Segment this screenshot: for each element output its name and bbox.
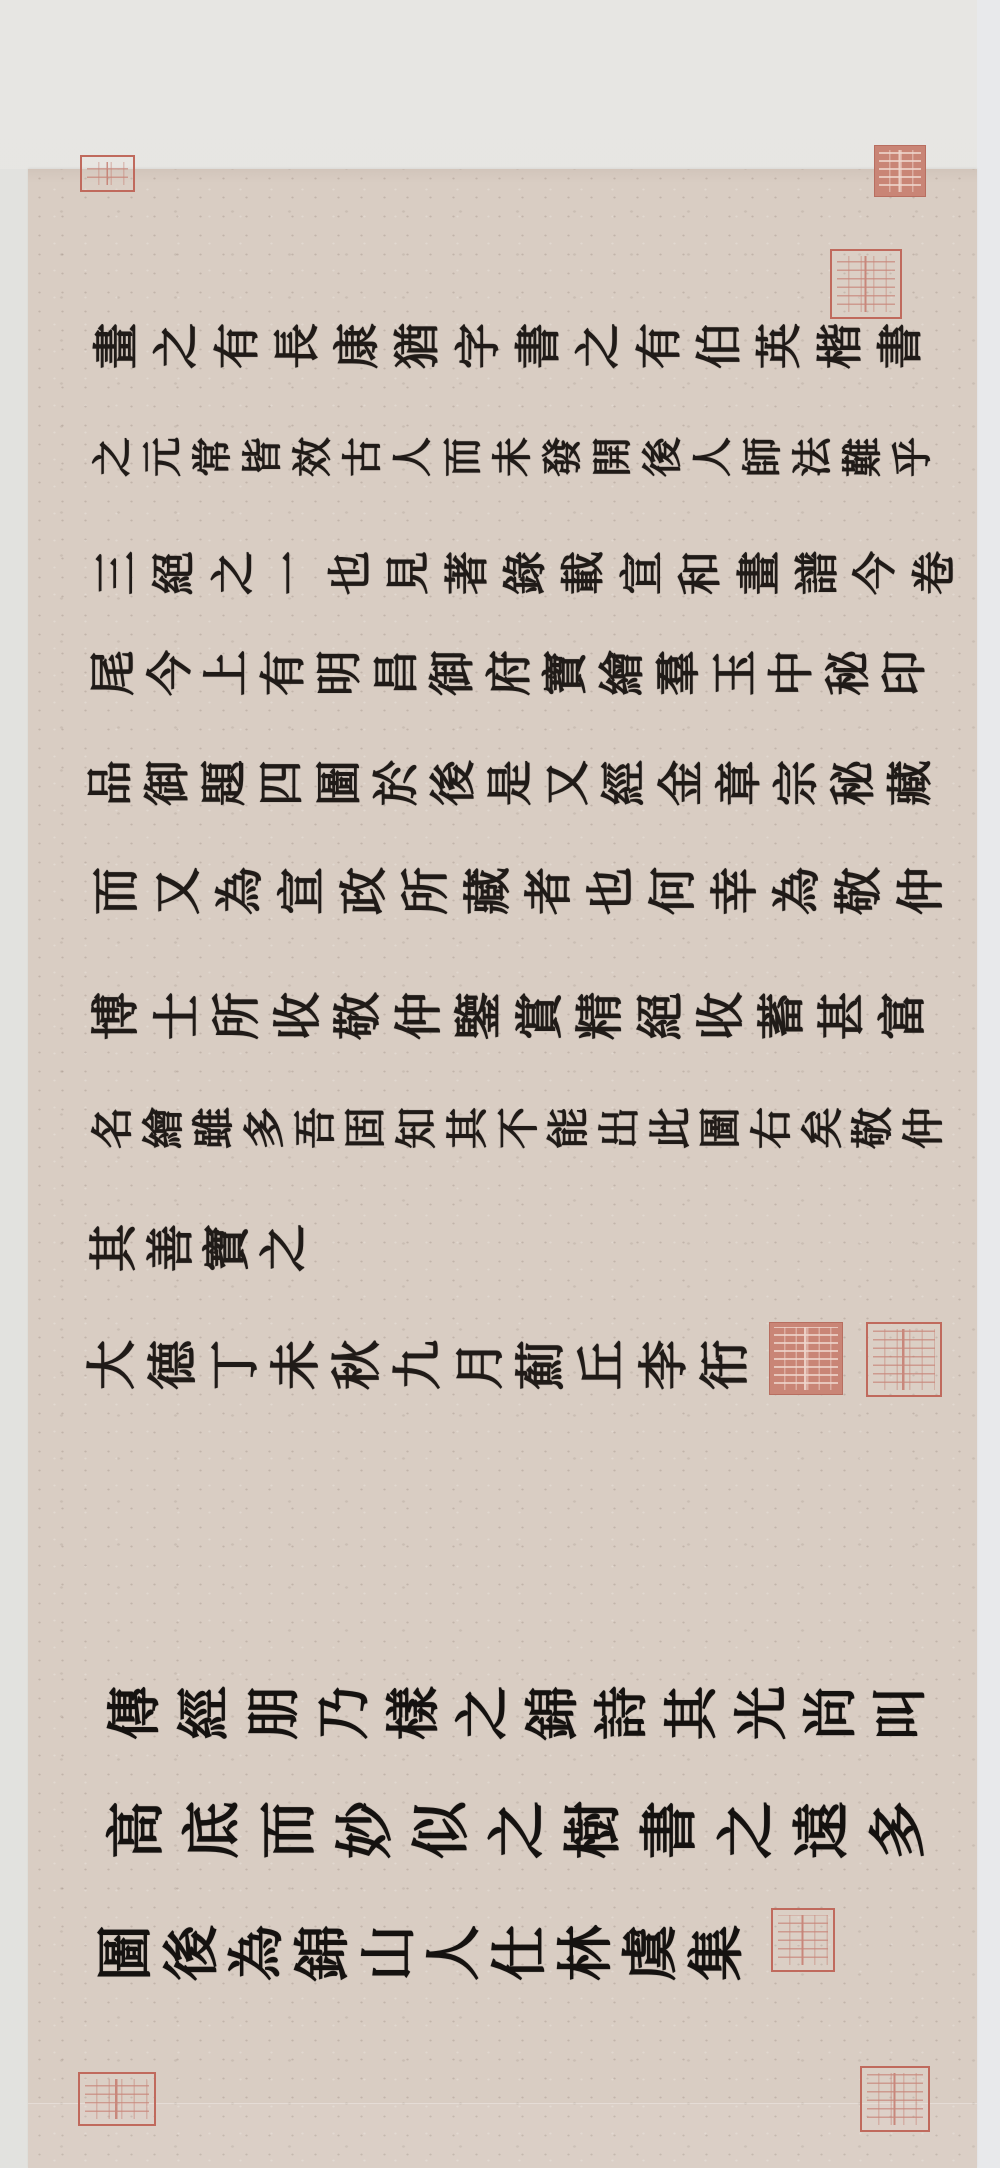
glyph: 畫: [738, 551, 782, 595]
glyph: 之: [212, 551, 256, 595]
glyph: 薊: [516, 1340, 566, 1390]
colophon-1-line-2: 之元常皆效古人而未發開後人師法難乎: [93, 437, 933, 477]
paper-joint-line: [28, 2103, 977, 2168]
glyph: 元: [143, 437, 183, 477]
colophon-1-line-7: 博士所收敬仲鑒賞精絕收蓄甚富: [92, 992, 927, 1040]
glyph: 丁: [210, 1340, 260, 1390]
glyph: 書: [640, 1801, 698, 1859]
glyph: 詩: [594, 1686, 648, 1740]
colophon-2-line-1: 傳經朋乃樣之錦詩其光尚叫: [107, 1686, 927, 1740]
glyph: 集: [689, 1925, 745, 1981]
glyph: 昌: [373, 650, 419, 696]
glyph: 乎: [893, 437, 933, 477]
glyph: 圖: [98, 1925, 154, 1981]
glyph: 叫: [873, 1686, 927, 1740]
glyph: 其: [447, 1107, 489, 1149]
glyph: 印: [881, 650, 927, 696]
glyph: 丘: [577, 1340, 627, 1390]
glyph: 猶: [394, 323, 440, 369]
glyph: 傳: [107, 1686, 161, 1740]
glyph: 政: [340, 867, 388, 915]
glyph: 宣: [621, 551, 665, 595]
glyph: 難: [843, 437, 883, 477]
glyph: 人: [693, 437, 733, 477]
glyph: 未: [493, 437, 533, 477]
glyph: 而: [92, 867, 140, 915]
colophon-1-line-6: 而又為宣政所藏者也何幸為敬仲: [92, 867, 945, 915]
glyph: 著: [446, 551, 490, 595]
seal-bottom-left: [78, 2072, 156, 2126]
glyph: 錦: [525, 1686, 579, 1740]
glyph: 卷: [913, 551, 957, 595]
glyph: 虞: [623, 1925, 679, 1981]
glyph: 之: [93, 437, 133, 477]
glyph: 是: [487, 760, 533, 806]
glyph: 其: [664, 1686, 718, 1740]
glyph: 有: [636, 323, 682, 369]
glyph: 知: [396, 1107, 438, 1149]
glyph: 光: [734, 1686, 788, 1740]
glyph: 一: [270, 551, 314, 595]
seal-signature-right: [866, 1322, 942, 1397]
glyph: 上: [203, 650, 249, 696]
colophon-1-line-4: 尾今上有明昌御府寶繪羣玉中秘印: [90, 650, 927, 696]
glyph: 秋: [332, 1340, 382, 1390]
glyph: 章: [716, 760, 762, 806]
glyph: 和: [679, 551, 723, 595]
glyph: 見: [387, 551, 431, 595]
glyph: 九: [393, 1340, 443, 1390]
glyph: 也: [587, 867, 635, 915]
glyph: 又: [544, 760, 590, 806]
glyph: 皆: [243, 437, 283, 477]
glyph: 法: [793, 437, 833, 477]
glyph: 多: [244, 1107, 286, 1149]
glyph: 師: [743, 437, 783, 477]
glyph: 妙: [336, 1801, 394, 1859]
glyph: 伯: [696, 323, 742, 369]
seal-second-colophon: [771, 1908, 835, 1972]
glyph: 畫: [93, 323, 139, 369]
seal-signature-left: [769, 1322, 843, 1395]
glyph: 仲: [897, 867, 945, 915]
seal-top-right: [874, 145, 926, 197]
glyph: 府: [486, 650, 532, 696]
glyph: 仕: [492, 1925, 548, 1981]
glyph: 英: [756, 323, 802, 369]
glyph: 御: [144, 760, 190, 806]
glyph: 何: [649, 867, 697, 915]
glyph: 敬: [835, 867, 883, 915]
glyph: 者: [525, 867, 573, 915]
glyph: 尚: [803, 1686, 857, 1740]
glyph: 朋: [246, 1686, 300, 1740]
glyph: 之: [575, 323, 621, 369]
glyph: 御: [429, 650, 475, 696]
glyph: 幸: [711, 867, 759, 915]
glyph: 鑒: [455, 992, 503, 1040]
glyph: 繪: [143, 1107, 185, 1149]
glyph: 賞: [516, 992, 564, 1040]
glyph: 長: [274, 323, 320, 369]
glyph: 書: [515, 323, 561, 369]
glyph: 林: [558, 1925, 614, 1981]
glyph: 德: [148, 1340, 198, 1390]
colophon-1-line-1: 畫之有長康猶字書之有伯英楷書: [93, 323, 923, 369]
glyph: 高: [107, 1801, 165, 1859]
glyph: 善: [147, 1224, 195, 1272]
glyph: 載: [562, 551, 606, 595]
glyph: 中: [768, 650, 814, 696]
glyph: 蓄: [758, 992, 806, 1040]
glyph: 秘: [830, 760, 876, 806]
glyph: 收: [697, 992, 745, 1040]
glyph: 之: [717, 1801, 775, 1859]
glyph: 寶: [203, 1224, 251, 1272]
glyph: 為: [216, 867, 264, 915]
glyph: 書: [877, 323, 923, 369]
glyph: 而: [259, 1801, 317, 1859]
glyph: 後: [643, 437, 683, 477]
calligraphy-scroll: 畫之有長康猶字書之有伯英楷書 之元常皆效古人而未發開後人師法難乎 三絕之一也見著…: [0, 0, 1000, 2168]
glyph: 矣: [802, 1107, 844, 1149]
glyph: 之: [455, 1686, 509, 1740]
glyph: 於: [373, 760, 419, 806]
glyph: 楷: [817, 323, 863, 369]
glyph: 似: [412, 1801, 470, 1859]
glyph: 品: [87, 760, 133, 806]
seal-right-upper: [830, 249, 902, 319]
seal-top-left: [80, 155, 135, 192]
glyph: 精: [576, 992, 624, 1040]
glyph: 雖: [193, 1107, 235, 1149]
colophon-1-line-8: 名繪雖多吾固知其不能出此圖右矣敬仲: [92, 1107, 945, 1149]
glyph: 月: [455, 1340, 505, 1390]
glyph: 玉: [712, 650, 758, 696]
glyph: 明: [316, 650, 362, 696]
glyph: 人: [426, 1925, 482, 1981]
glyph: 仲: [903, 1107, 945, 1149]
glyph: 名: [92, 1107, 134, 1149]
glyph: 效: [293, 437, 333, 477]
glyph: 金: [658, 760, 704, 806]
glyph: 固: [345, 1107, 387, 1149]
colophon-1-line-9: 其善寶之: [90, 1224, 308, 1272]
glyph: 後: [164, 1925, 220, 1981]
glyph: 圖: [316, 760, 362, 806]
glyph: 樣: [386, 1686, 440, 1740]
glyph: 李: [639, 1340, 689, 1390]
glyph: 出: [599, 1107, 641, 1149]
glyph: 經: [601, 760, 647, 806]
glyph: 山: [361, 1925, 417, 1981]
glyph: 為: [229, 1925, 285, 1981]
glyph: 錄: [504, 551, 548, 595]
glyph: 宣: [278, 867, 326, 915]
glyph: 絕: [637, 992, 685, 1040]
glyph: 後: [430, 760, 476, 806]
glyph: 甚: [818, 992, 866, 1040]
glyph: 開: [593, 437, 633, 477]
glyph: 而: [443, 437, 483, 477]
glyph: 康: [334, 323, 380, 369]
glyph: 古: [343, 437, 383, 477]
glyph: 今: [147, 650, 193, 696]
glyph: 能: [548, 1107, 590, 1149]
glyph: 仲: [395, 992, 443, 1040]
colophon-1-line-3: 三絕之一也見著錄載宣和畫譜今卷: [95, 551, 957, 595]
glyph: 人: [393, 437, 433, 477]
glyph: 常: [193, 437, 233, 477]
glyph: 繪: [599, 650, 645, 696]
glyph: 三: [95, 551, 139, 595]
glyph: 藏: [887, 760, 933, 806]
glyph: 遠: [793, 1801, 851, 1859]
glyph: 有: [260, 650, 306, 696]
glyph: 吾: [295, 1107, 337, 1149]
glyph: 收: [274, 992, 322, 1040]
glyph: 之: [153, 323, 199, 369]
glyph: 秘: [825, 650, 871, 696]
seal-bottom-right: [860, 2066, 930, 2132]
glyph: 富: [879, 992, 927, 1040]
glyph: 所: [213, 992, 261, 1040]
glyph: 四: [258, 760, 304, 806]
colophon-1-line-5: 品御題四圖於後是又經金章宗秘藏: [87, 760, 933, 806]
glyph: 尾: [90, 650, 136, 696]
glyph: 經: [177, 1686, 231, 1740]
mount-left-margin: [0, 169, 28, 2168]
glyph: 未: [271, 1340, 321, 1390]
glyph: 圖: [700, 1107, 742, 1149]
glyph: 絕: [153, 551, 197, 595]
glyph: 博: [92, 992, 140, 1040]
glyph: 乃: [316, 1686, 370, 1740]
glyph: 有: [214, 323, 260, 369]
glyph: 藏: [464, 867, 512, 915]
glyph: 所: [402, 867, 450, 915]
glyph: 其: [90, 1224, 138, 1272]
glyph: 譜: [796, 551, 840, 595]
glyph: 為: [773, 867, 821, 915]
glyph: 又: [154, 867, 202, 915]
glyph: 題: [201, 760, 247, 806]
glyph: 羣: [655, 650, 701, 696]
glyph: 士: [153, 992, 201, 1040]
glyph: 發: [543, 437, 583, 477]
glyph: 錦: [295, 1925, 351, 1981]
glyph: 敬: [852, 1107, 894, 1149]
glyph: 之: [260, 1224, 308, 1272]
glyph: 底: [183, 1801, 241, 1859]
glyph: 右: [751, 1107, 793, 1149]
glyph: 不: [498, 1107, 540, 1149]
mount-right-margin: [977, 0, 1000, 2168]
glyph: 之: [488, 1801, 546, 1859]
colophon-2-line-2: 高底而妙似之樹書之遠多: [107, 1801, 927, 1859]
glyph: 此: [650, 1107, 692, 1149]
glyph: 衎: [700, 1340, 750, 1390]
colophon-2-signature: 圖後為錦山人仕林虞集: [98, 1925, 745, 1981]
glyph: 今: [854, 551, 898, 595]
glyph: 敬: [334, 992, 382, 1040]
glyph: 大: [87, 1340, 137, 1390]
glyph: 也: [329, 551, 373, 595]
glyph: 宗: [773, 760, 819, 806]
glyph: 樹: [564, 1801, 622, 1859]
glyph: 寶: [542, 650, 588, 696]
colophon-1-signature: 大德丁未秋九月薊丘李衎: [87, 1340, 750, 1390]
glyph: 字: [455, 323, 501, 369]
glyph: 多: [869, 1801, 927, 1859]
